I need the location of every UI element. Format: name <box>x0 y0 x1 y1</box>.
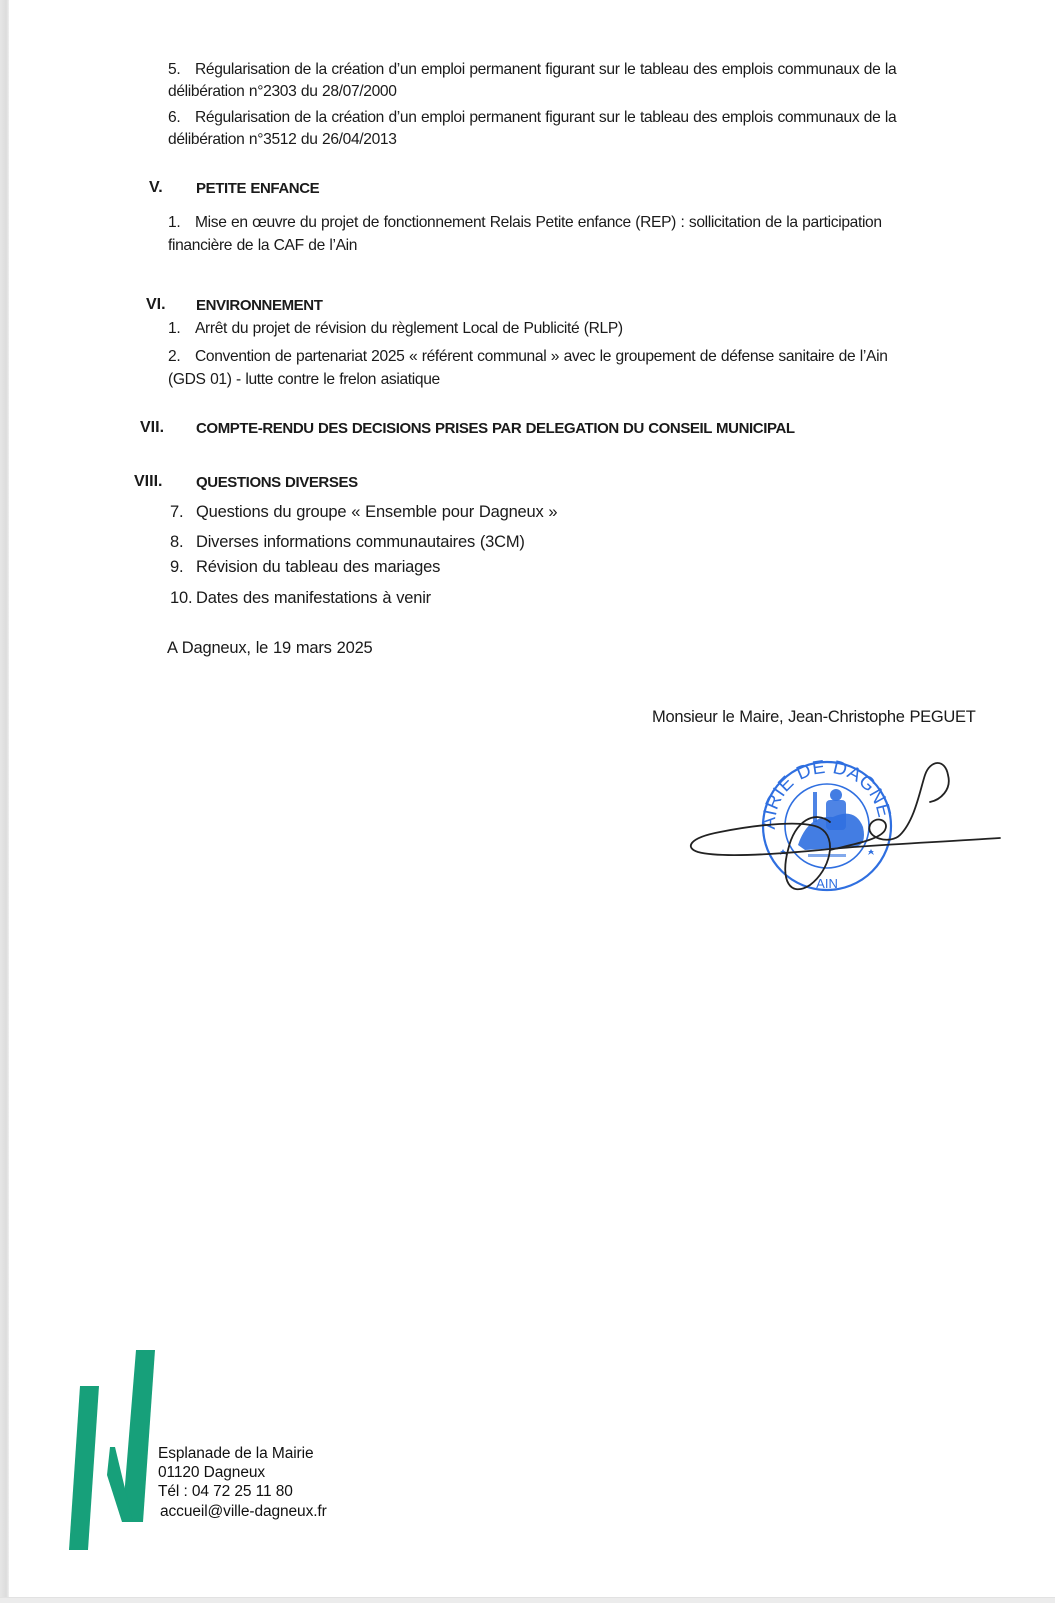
item-number: 1. <box>168 319 195 339</box>
section-v-numeral: V. <box>149 178 163 198</box>
agenda-item-v1: 1.Mise en œuvre du projet de fonctionnem… <box>168 213 882 233</box>
footer-email[interactable]: accueil@ville-dagneux.fr <box>160 1502 327 1521</box>
footer-phone: Tél : 04 72 25 11 80 <box>158 1482 293 1501</box>
section-viii-title: QUESTIONS DIVERSES <box>196 473 358 493</box>
section-v-title: PETITE ENFANCE <box>196 179 319 199</box>
section-vii-title: COMPTE-RENDU DES DECISIONS PRISES PAR DE… <box>196 419 795 439</box>
item-text: Révision du tableau des mariages <box>196 558 440 576</box>
agenda-item-6: 6.Régularisation de la création d’un emp… <box>168 108 896 128</box>
agenda-item-9: 9.Révision du tableau des mariages <box>170 557 440 577</box>
item-text: Régularisation de la création d’un emplo… <box>195 109 896 126</box>
item-number: 9. <box>170 557 196 577</box>
section-vi-numeral: VI. <box>146 295 166 315</box>
page-edge-shadow <box>0 0 9 1603</box>
page-edge-bottom <box>0 1597 1055 1603</box>
item-number: 8. <box>170 532 196 552</box>
place-date: A Dagneux, le 19 mars 2025 <box>167 638 373 658</box>
item-number: 5. <box>168 60 195 80</box>
agenda-item-8: 8.Diverses informations communautaires (… <box>170 532 525 552</box>
svg-text:MAIRIE DE DAGNEUX: MAIRIE DE DAGNEUX <box>680 750 895 830</box>
item-number: 2. <box>168 347 195 367</box>
item-number: 1. <box>168 213 195 233</box>
item-text: Arrêt du projet de révision du règlement… <box>195 320 623 337</box>
agenda-item-10: 10.Dates des manifestations à venir <box>170 588 431 608</box>
item-text: Dates des manifestations à venir <box>196 589 431 607</box>
item-text: Mise en œuvre du projet de fonctionnemen… <box>195 214 882 231</box>
stamp-bottom-text: AIN <box>816 876 838 891</box>
agenda-item-vi2: 2.Convention de partenariat 2025 « référ… <box>168 347 888 367</box>
section-vi-title: ENVIRONNEMENT <box>196 296 322 316</box>
stamp-top-text: MAIRIE DE DAGNEUX <box>680 750 895 830</box>
footer-address-line1: Esplanade de la Mairie <box>158 1444 313 1463</box>
official-stamp-and-signature: MAIRIE DE DAGNEUX AIN <box>680 750 1010 900</box>
footer-address-line2: 01120 Dagneux <box>158 1463 265 1482</box>
agenda-item-7: 7.Questions du groupe « Ensemble pour Da… <box>170 502 557 522</box>
item-number: 10. <box>170 588 196 608</box>
agenda-item-vi1: 1.Arrêt du projet de révision du règleme… <box>168 319 623 339</box>
town-logo-icon <box>60 1340 170 1560</box>
item-text: Questions du groupe « Ensemble pour Dagn… <box>196 503 557 521</box>
agenda-item-5-cont: délibération n°2303 du 28/07/2000 <box>168 82 397 102</box>
agenda-item-6-cont: délibération n°3512 du 26/04/2013 <box>168 130 397 150</box>
section-viii-numeral: VIII. <box>134 472 162 492</box>
item-text: Convention de partenariat 2025 « référen… <box>195 348 888 365</box>
item-text: Régularisation de la création d’un emplo… <box>195 61 896 78</box>
agenda-item-5: 5.Régularisation de la création d’un emp… <box>168 60 896 80</box>
item-number: 7. <box>170 502 196 522</box>
section-vii-numeral: VII. <box>140 418 164 438</box>
item-text: Diverses informations communautaires (3C… <box>196 533 525 551</box>
signatory-name: Monsieur le Maire, Jean-Christophe PEGUE… <box>652 707 976 727</box>
agenda-item-vi2-cont: (GDS 01) - lutte contre le frelon asiati… <box>168 370 440 390</box>
agenda-item-v1-cont: financière de la CAF de l’Ain <box>168 236 357 256</box>
item-number: 6. <box>168 108 195 128</box>
